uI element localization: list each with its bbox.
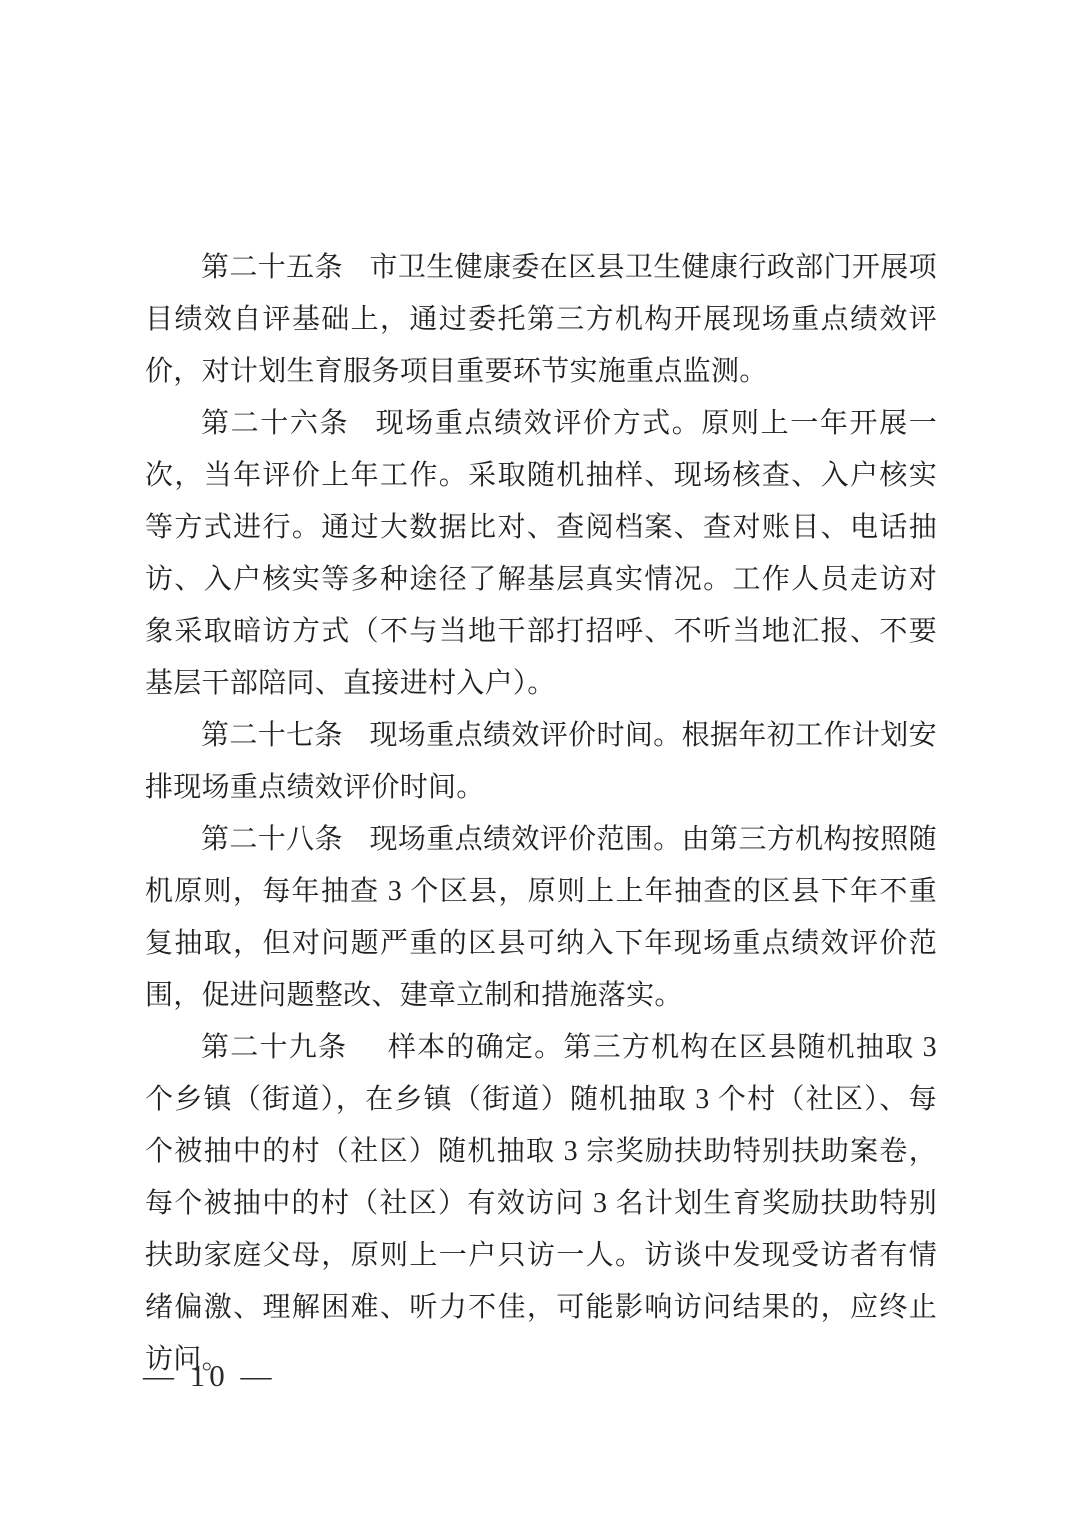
document-page: { "page": { "background_color": "#ffffff… xyxy=(0,0,1074,1520)
page-number: — 10 — xyxy=(143,1350,276,1402)
article-text: 现场重点绩效评价方式。原则上一年开展一次，当年评价上年工作。采取随机抽样、现场核… xyxy=(145,408,937,699)
article-paragraph-27: 第二十七条现场重点绩效评价时间。根据年初工作计划安排现场重点绩效评价时间。 xyxy=(145,710,937,814)
article-number: 第二十五条 xyxy=(201,252,343,283)
article-paragraph-26: 第二十六条现场重点绩效评价方式。原则上一年开展一次，当年评价上年工作。采取随机抽… xyxy=(145,398,937,710)
article-paragraph-25: 第二十五条市卫生健康委在区县卫生健康行政部门开展项目绩效自评基础上，通过委托第三… xyxy=(145,242,937,398)
article-text: 样本的确定。第三方机构在区县随机抽取 3 个乡镇（街道），在乡镇（街道）随机抽取… xyxy=(145,1032,937,1375)
paper-background: 第二十五条市卫生健康委在区县卫生健康行政部门开展项目绩效自评基础上，通过委托第三… xyxy=(0,0,1074,1520)
article-number: 第二十七条 xyxy=(201,720,343,751)
article-number: 第二十八条 xyxy=(201,824,343,855)
article-number: 第二十六条 xyxy=(201,408,349,439)
article-paragraph-28: 第二十八条现场重点绩效评价范围。由第三方机构按照随机原则，每年抽查 3 个区县，… xyxy=(145,814,937,1022)
document-body: 第二十五条市卫生健康委在区县卫生健康行政部门开展项目绩效自评基础上，通过委托第三… xyxy=(145,242,937,1386)
article-number: 第二十九条 xyxy=(201,1032,347,1063)
article-paragraph-29: 第二十九条样本的确定。第三方机构在区县随机抽取 3 个乡镇（街道），在乡镇（街道… xyxy=(145,1022,937,1386)
